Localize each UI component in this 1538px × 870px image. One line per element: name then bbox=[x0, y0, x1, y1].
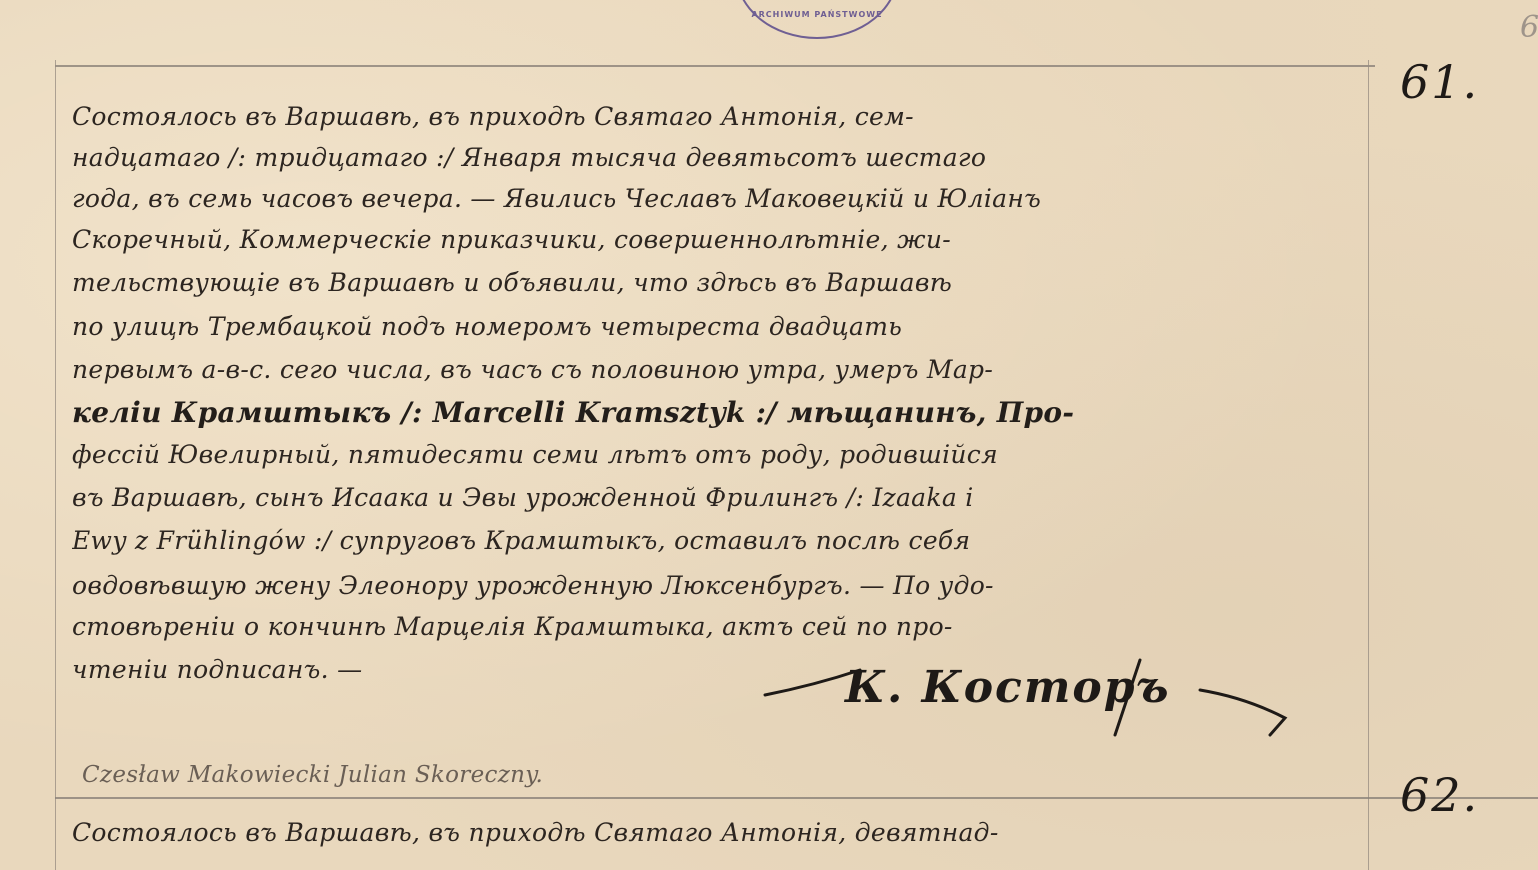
entry-62-top-rule bbox=[55, 797, 1538, 799]
entry-61-line-2: надцатаго /: тридцатаго :/ Января тысяча… bbox=[72, 143, 1382, 172]
entry-61-line-12: овдовѣвшую жену Элеонору урожденную Люкс… bbox=[72, 571, 1382, 600]
entry-61-line-10: въ Варшавѣ, сынъ Исаака и Эвы урожденной… bbox=[72, 483, 1382, 512]
entry-61-line-7: первымъ а-в-с. сего числа, въ часъ съ по… bbox=[72, 355, 1382, 384]
archive-stamp: ARCHIWUM PAŃSTWOWE bbox=[735, 0, 899, 39]
entry-number-62: 62. bbox=[1400, 768, 1479, 822]
stamp-text: ARCHIWUM PAŃSTWOWE bbox=[737, 10, 897, 19]
entry-61-line-11: Ewy z Frühlingów :/ супруговъ Крамштыкъ,… bbox=[72, 526, 1382, 555]
entry-61-line-4: Скоречный, Коммерческіе приказчики, сове… bbox=[72, 225, 1382, 254]
entry-61-top-rule bbox=[55, 65, 1375, 67]
witness-signatures: Czesław Makowiecki Julian Skoreczny. bbox=[82, 762, 1392, 788]
left-margin-rule bbox=[55, 60, 56, 870]
signature-text: К. Косторъ bbox=[845, 662, 1171, 713]
entry-61-line-13: стовѣреніи о кончинѣ Марцелія Крамштыка,… bbox=[72, 612, 1382, 641]
document-page: ARCHIWUM PAŃSTWOWE 6 61. Состоялось въ В… bbox=[0, 0, 1538, 870]
entry-61-line-1: Состоялось въ Варшавѣ, въ приходѣ Святаг… bbox=[72, 102, 1382, 131]
entry-62-line-1: Состоялось въ Варшавѣ, въ приходѣ Святаг… bbox=[72, 818, 1382, 847]
entry-number-61: 61. bbox=[1400, 55, 1479, 109]
entry-61-line-5: тельствующіе въ Варшавѣ и объявили, что … bbox=[72, 268, 1382, 297]
official-signature: К. Косторъ bbox=[760, 640, 1300, 740]
entry-61-line-9: фессій Ювелирный, пятидесяти семи лѣтъ о… bbox=[72, 440, 1382, 469]
entry-61-line-8: келіи Крамштыкъ /: Marcelli Kramsztyk :/… bbox=[72, 396, 1382, 429]
page-corner-number: 6 bbox=[1520, 10, 1538, 45]
entry-61-line-3: года, въ семь часовъ вечера. — Явились Ч… bbox=[72, 184, 1382, 213]
entry-61-line-6: по улицѣ Трембацкой подъ номеромъ четыре… bbox=[72, 312, 1382, 341]
